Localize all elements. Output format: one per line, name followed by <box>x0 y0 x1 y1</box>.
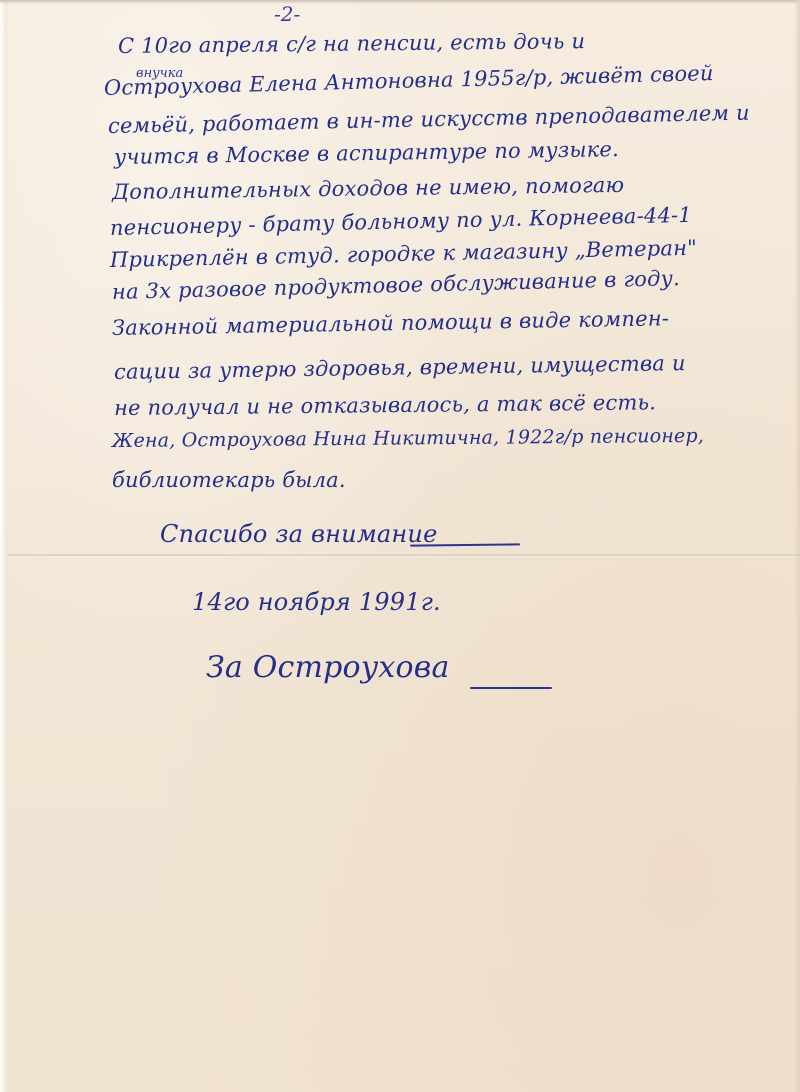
signature-underline-stroke <box>470 687 552 689</box>
signature: За Остроухова <box>206 650 450 685</box>
letter-line-7: Прикреплён в студ. городке к магазину „В… <box>110 236 697 272</box>
paper-fold-line <box>8 554 800 557</box>
paper-edge-left <box>0 0 7 1092</box>
letter-line-10: сации за утерю здоровья, времени, имущес… <box>114 351 686 384</box>
letter-line-3: семьёй, работает в ин-те искусств препод… <box>108 101 750 138</box>
letter-line-8: на 3х разовое продуктовое обслуживание в… <box>112 266 680 304</box>
handwritten-letter-page: -2- С 10го апреля с/г на пенсии, есть до… <box>0 0 800 1092</box>
paper-edge-right <box>794 0 800 1092</box>
letter-line-6: пенсионеру - брату больному по ул. Корне… <box>110 203 692 240</box>
date-line: 14го ноября 1991г. <box>192 588 441 616</box>
closing-underline-stroke <box>410 543 520 546</box>
letter-line-1: С 10го апреля с/г на пенсии, есть дочь и <box>118 29 585 58</box>
page-number: -2- <box>274 2 300 26</box>
closing-line: Спасибо за внимание <box>160 520 438 548</box>
letter-line-9: Законной материальной помощи в виде комп… <box>112 306 669 340</box>
paper-edge-top <box>0 0 800 4</box>
letter-line-2: Остроухова Елена Антоновна 1955г/р, живё… <box>104 61 714 100</box>
letter-line-4: учится в Москве в аспирантуре по музыке. <box>114 137 619 169</box>
letter-line-5: Дополнительных доходов не имею, помогаю <box>112 173 625 204</box>
letter-line-12: Жена, Остроухова Нина Никитична, 1922г/р… <box>112 425 704 452</box>
letter-line-11: не получал и не отказывалось, а так всё … <box>114 390 656 420</box>
letter-line-13: библиотекарь была. <box>112 468 346 492</box>
